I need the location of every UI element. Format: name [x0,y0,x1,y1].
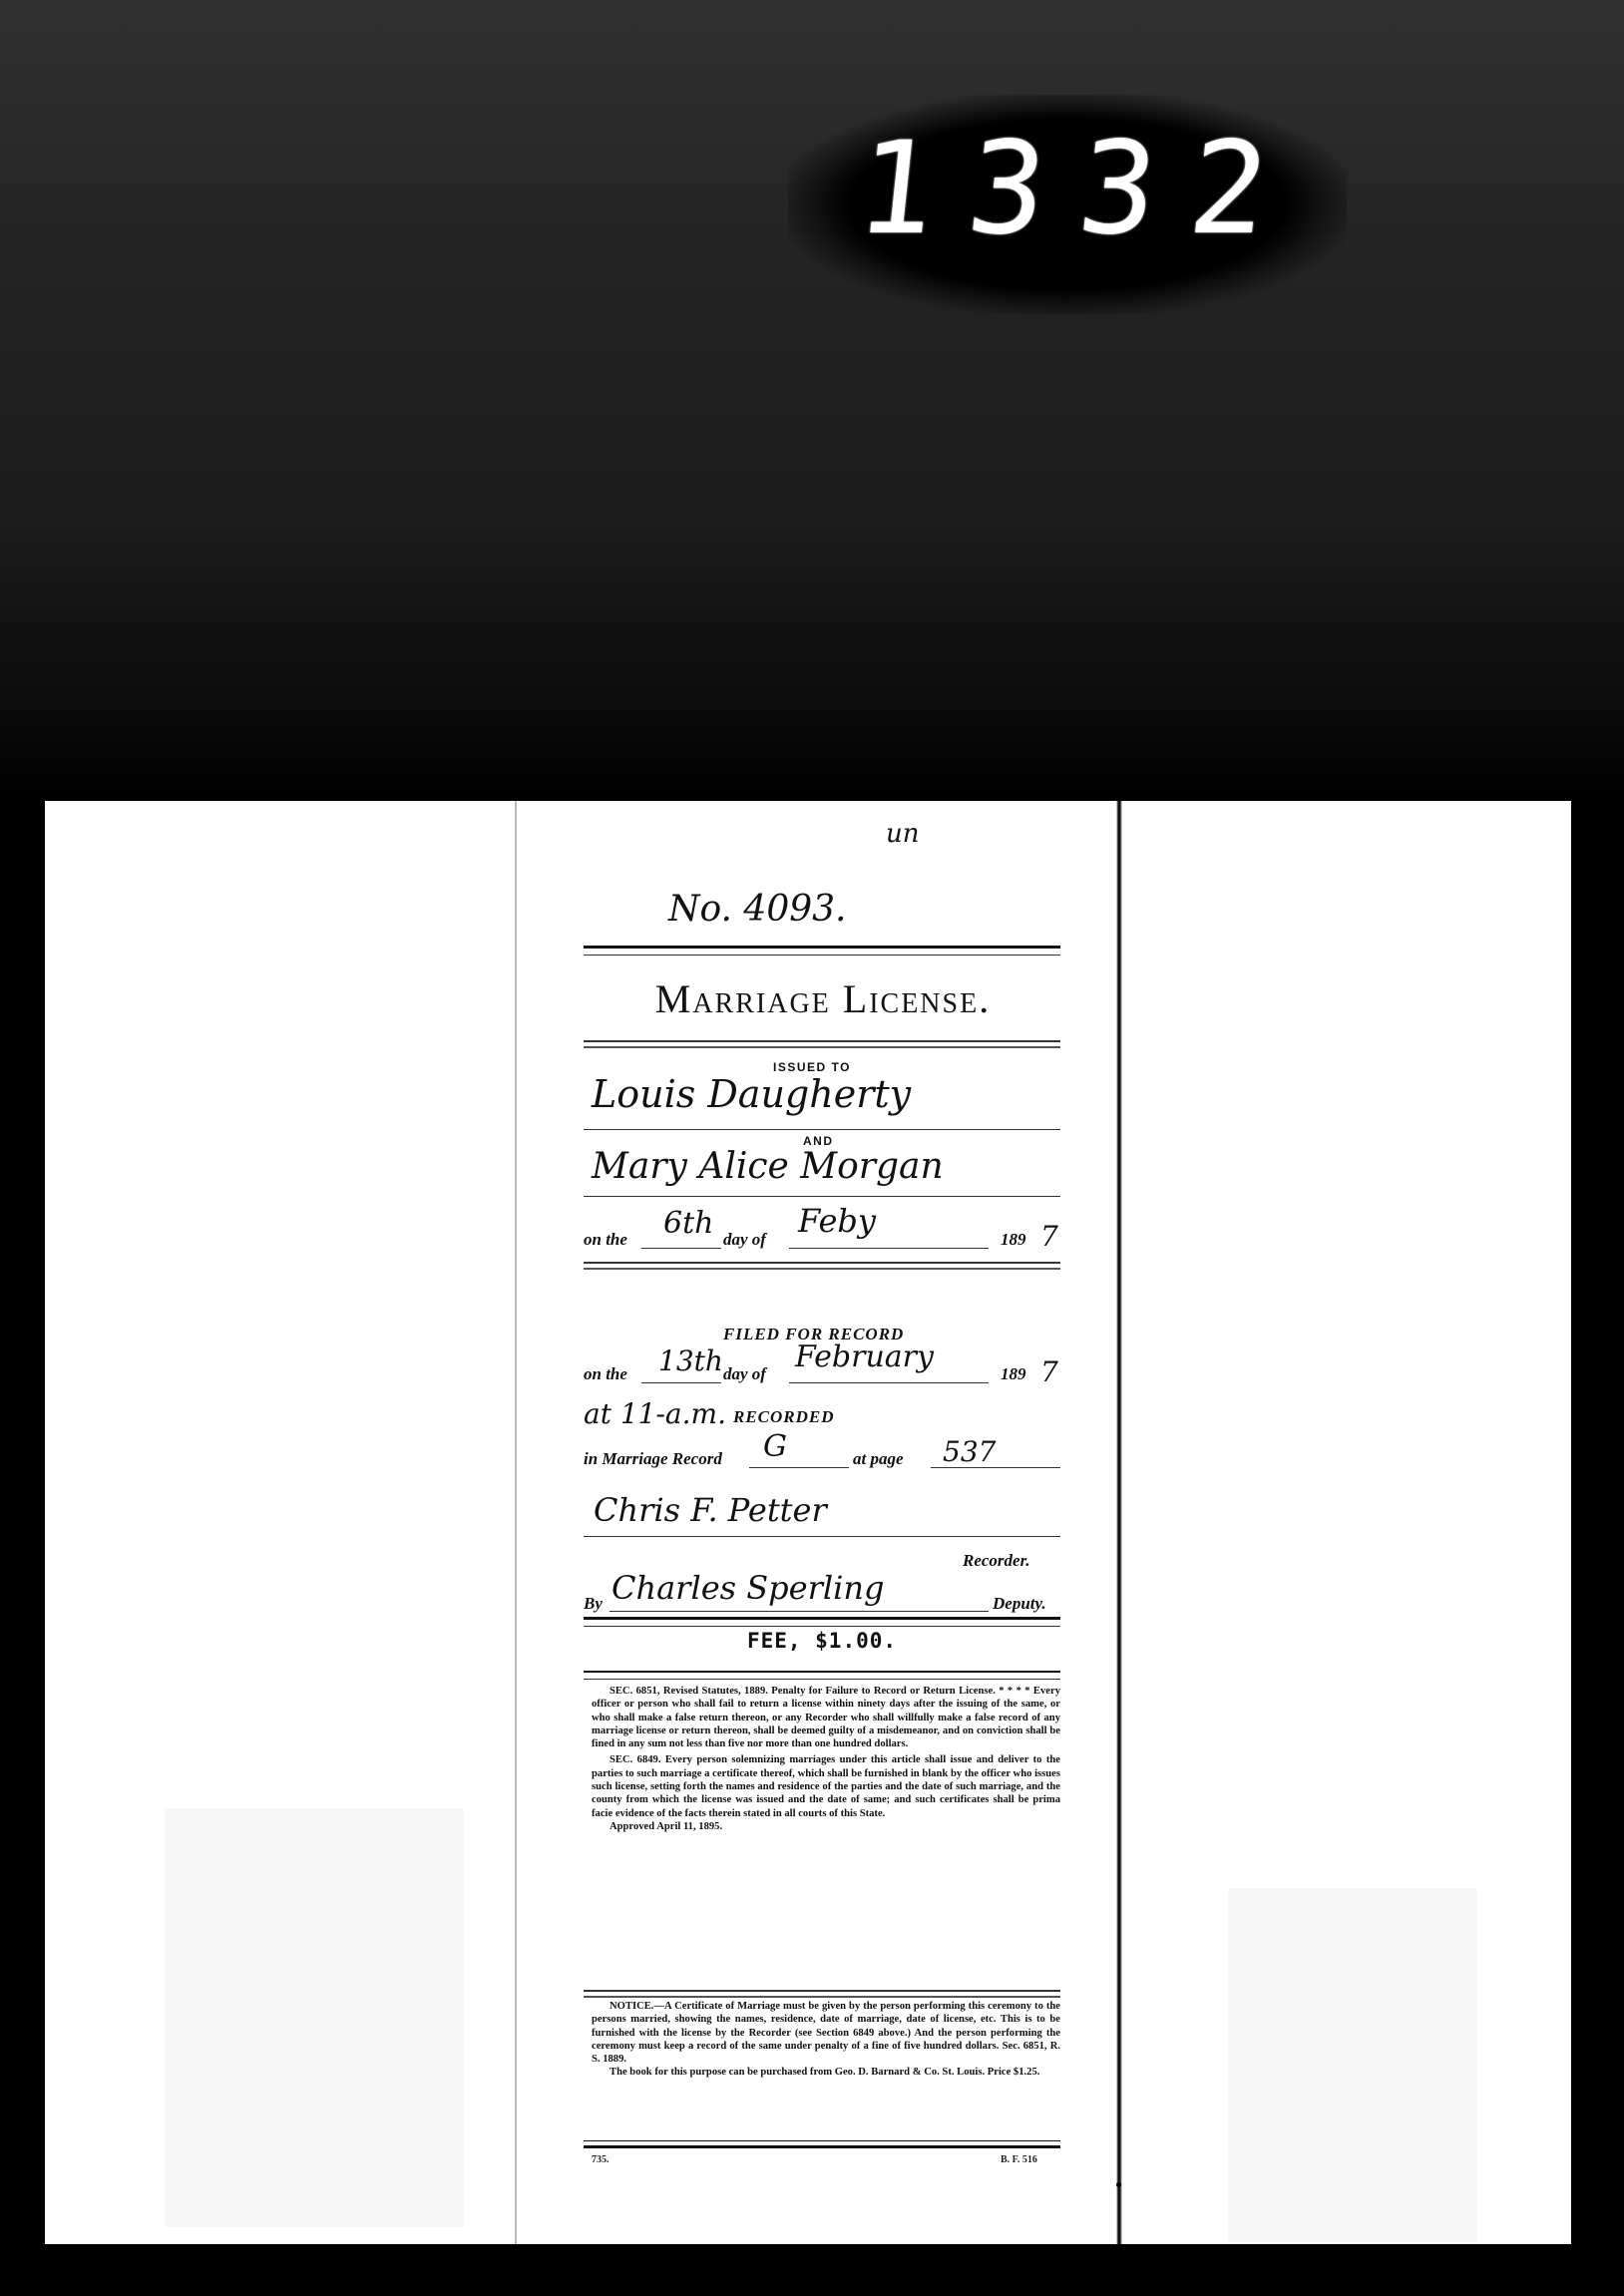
statute-6851: SEC. 6851, Revised Statutes, 1889. Penal… [592,1685,1060,1750]
recorder-signature: Chris F. Petter [594,1491,827,1529]
form-code: B. F. 516 [1001,2154,1037,2165]
record-prefix: in Marriage Record [584,1449,722,1469]
deputy-prefix: By [584,1594,603,1614]
blank-line [641,1248,721,1249]
record-page: 537 [943,1435,996,1468]
notice-block: NOTICE.—A Certificate of Marriage must b… [592,2000,1060,2080]
clerk-mark: un [886,819,920,849]
filed-day: 13th [658,1344,723,1377]
filed-day-of-label: day of [723,1364,766,1384]
deputy-signature: Charles Sperling [611,1569,884,1607]
fee: FEE, $1.00. [584,1629,1060,1653]
bride-line [584,1196,1060,1197]
blank-line [789,1382,989,1383]
speck [1116,2182,1121,2187]
signature-line [609,1611,989,1612]
statute-6849: SEC. 6849. Every person solemnizing marr… [592,1753,1060,1819]
notice-text: NOTICE.—A Certificate of Marriage must b… [592,2000,1060,2066]
license-number: No. 4093. [668,889,847,930]
blank-line [931,1467,1060,1468]
left-blank-panel [45,801,516,2244]
bride-name: Mary Alice Morgan [592,1146,944,1187]
issued-month: Feby [798,1202,876,1240]
issued-date-prefix: on the [584,1230,627,1250]
issued-day: 6th [663,1206,713,1241]
blank-line [789,1248,989,1249]
blank-line [749,1467,849,1468]
page-label: at page [853,1449,904,1469]
approved-date: Approved April 11, 1895. [592,1820,1060,1833]
groom-line [584,1129,1060,1130]
divider [584,2140,1060,2148]
bleed-through-shadow [1228,1888,1477,2242]
form-number: 735. [592,2154,609,2165]
groom-name: Louis Daugherty [592,1072,911,1116]
divider [584,1671,1060,1680]
divider [584,1617,1060,1627]
filed-year-prefix: 189 [1001,1364,1026,1384]
statute-block: SEC. 6851, Revised Statutes, 1889. Penal… [592,1685,1060,1833]
license-panel: un No. 4093. Marriage License. ISSUED TO… [554,801,1092,2244]
filed-date-prefix: on the [584,1364,627,1384]
filed-time: at 11-a.m. [584,1397,726,1430]
document-paper: un No. 4093. Marriage License. ISSUED TO… [45,801,1571,2244]
left-fold-line [515,801,517,2244]
divider [584,1262,1060,1270]
signature-line [584,1536,1060,1537]
issued-year-prefix: 189 [1001,1230,1026,1250]
issued-day-of-label: day of [723,1230,766,1250]
issued-year-suffix: 7 [1040,1220,1058,1253]
right-blank-panel [1118,801,1571,2244]
bleed-through-shadow [165,1808,464,2227]
filed-month: February [795,1339,934,1374]
microfilm-frame-number: 1332 [851,120,1285,259]
recorded-label: RECORDED [733,1407,835,1427]
purchase-note: The book for this purpose can be purchas… [592,2066,1060,2079]
blank-line [641,1382,721,1383]
divider [584,946,1060,956]
recorder-label: Recorder. [963,1551,1030,1571]
divider [584,1990,1060,1998]
document-title: Marriage License. [584,975,1062,1022]
filed-year-suffix: 7 [1040,1355,1058,1388]
record-book: G [763,1429,787,1464]
divider [584,1040,1060,1048]
deputy-label: Deputy. [993,1594,1046,1614]
